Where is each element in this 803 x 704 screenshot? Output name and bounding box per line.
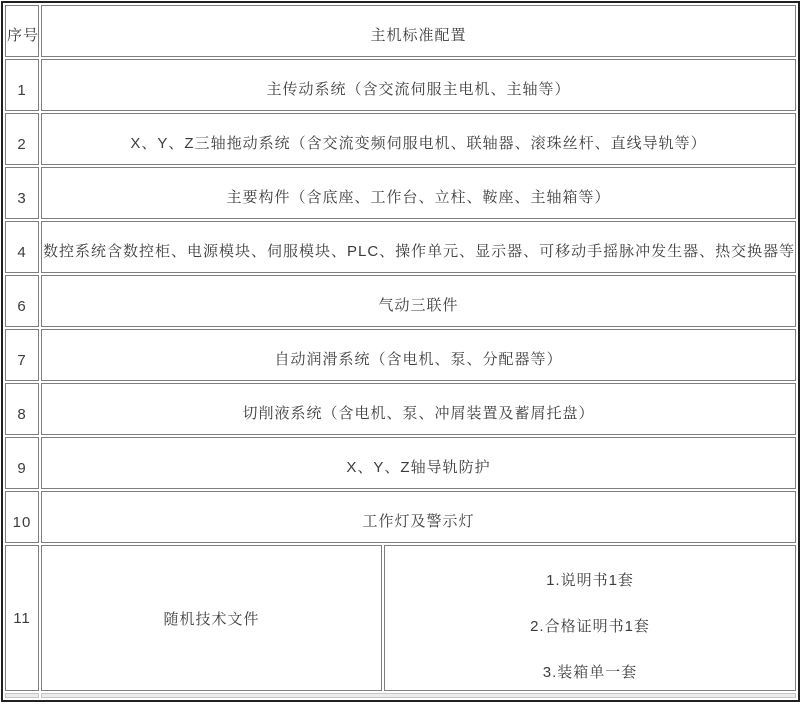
row-index-cell: 6 bbox=[5, 275, 39, 327]
table-row: 10 工作灯及警示灯 bbox=[5, 491, 796, 543]
document-list-item: 2.合格证明书1套 bbox=[385, 619, 795, 634]
row-desc-cell: 数控系统含数控柜、电源模块、伺服模块、PLC、操作单元、显示器、可移动手摇脉冲发… bbox=[41, 221, 796, 273]
row11-left-cell: 随机技术文件 bbox=[41, 545, 382, 691]
row-desc-cell: 工作灯及警示灯 bbox=[41, 491, 796, 543]
table-header-row: 序号 主机标准配置 bbox=[5, 5, 796, 57]
clipped-partial-row bbox=[5, 693, 796, 698]
table-row: 8 切削液系统（含电机、泵、冲屑装置及蓄屑托盘） bbox=[5, 383, 796, 435]
row-index-cell: 2 bbox=[5, 113, 39, 165]
row-index-cell: 8 bbox=[5, 383, 39, 435]
partial-desc-cell bbox=[41, 693, 796, 698]
table-row: 7 自动润滑系统（含电机、泵、分配器等） bbox=[5, 329, 796, 381]
table-row: 3 主要构件（含底座、工作台、立柱、鞍座、主轴箱等） bbox=[5, 167, 796, 219]
table-row-documents: 11 随机技术文件 1.说明书1套 2.合格证明书1套 3.装箱单一套 bbox=[5, 545, 796, 691]
row-index-cell: 7 bbox=[5, 329, 39, 381]
row-desc-cell: 自动润滑系统（含电机、泵、分配器等） bbox=[41, 329, 796, 381]
standard-config-table: 序号 主机标准配置 1 主传动系统（含交流伺服主电机、主轴等） 2 X、Y、Z三… bbox=[1, 1, 800, 702]
document-list-item: 3.装箱单一套 bbox=[385, 665, 795, 680]
table-row: 2 X、Y、Z三轴拖动系统（含交流变频伺服电机、联轴器、滚珠丝杆、直线导轨等） bbox=[5, 113, 796, 165]
row-index-cell: 10 bbox=[5, 491, 39, 543]
document-list-item: 1.说明书1套 bbox=[385, 573, 795, 588]
document-page: 序号 主机标准配置 1 主传动系统（含交流伺服主电机、主轴等） 2 X、Y、Z三… bbox=[0, 0, 803, 704]
row-index-cell: 1 bbox=[5, 59, 39, 111]
table-row: 4 数控系统含数控柜、电源模块、伺服模块、PLC、操作单元、显示器、可移动手摇脉… bbox=[5, 221, 796, 273]
header-index-cell: 序号 bbox=[5, 5, 39, 57]
header-title-cell: 主机标准配置 bbox=[41, 5, 796, 57]
row-desc-cell: X、Y、Z轴导轨防护 bbox=[41, 437, 796, 489]
table-row: 6 气动三联件 bbox=[5, 275, 796, 327]
row11-right-cell: 1.说明书1套 2.合格证明书1套 3.装箱单一套 bbox=[384, 545, 796, 691]
table-row: 1 主传动系统（含交流伺服主电机、主轴等） bbox=[5, 59, 796, 111]
row-desc-cell: 切削液系统（含电机、泵、冲屑装置及蓄屑托盘） bbox=[41, 383, 796, 435]
row-index-cell: 9 bbox=[5, 437, 39, 489]
document-list: 1.说明书1套 2.合格证明书1套 3.装箱单一套 bbox=[385, 547, 795, 689]
row-desc-cell: X、Y、Z三轴拖动系统（含交流变频伺服电机、联轴器、滚珠丝杆、直线导轨等） bbox=[41, 113, 796, 165]
row-index-cell: 3 bbox=[5, 167, 39, 219]
row-desc-cell: 主传动系统（含交流伺服主电机、主轴等） bbox=[41, 59, 796, 111]
row-index-cell: 4 bbox=[5, 221, 39, 273]
partial-index-cell bbox=[5, 693, 39, 698]
table-row: 9 X、Y、Z轴导轨防护 bbox=[5, 437, 796, 489]
row-index-cell: 11 bbox=[5, 545, 39, 691]
row-desc-cell: 气动三联件 bbox=[41, 275, 796, 327]
row-desc-cell: 主要构件（含底座、工作台、立柱、鞍座、主轴箱等） bbox=[41, 167, 796, 219]
